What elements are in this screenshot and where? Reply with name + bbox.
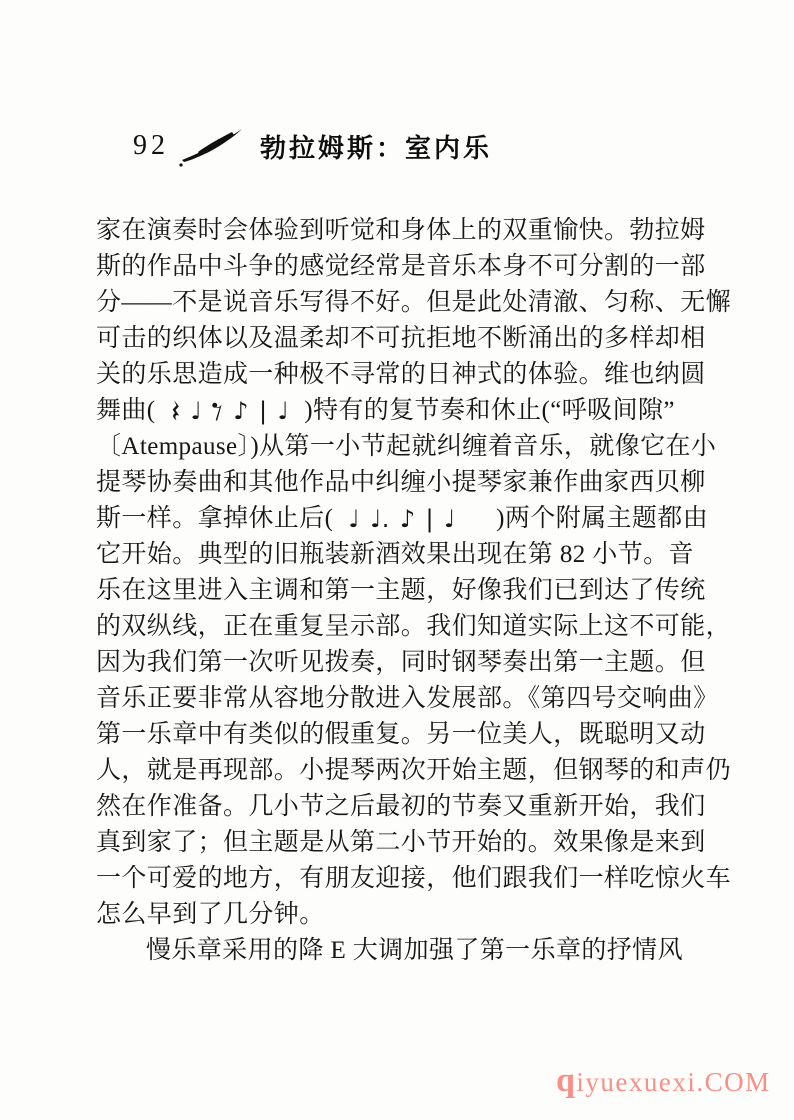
text-line: 人，就是再现部。小提琴两次开始主题，但钢琴的和声仍 — [96, 753, 712, 789]
text-line: 斯一样。拿掉休止后(♩♩.♪|♩ )两个附属主题都由 — [96, 501, 712, 537]
book-title: 勃拉姆斯：室内乐 — [260, 128, 492, 165]
eighth-note-icon: ♪ — [233, 393, 249, 429]
text-line: 斯的作品中斗争的感觉经常是音乐本身不可分割的一部 — [96, 249, 712, 285]
text-line: 音乐正要非常从容地分散进入发展部。《第四号交响曲》 — [96, 681, 712, 717]
text-line: 舞曲(♩♪|♩)特有的复节奏和休止(“呼吸间隙” — [96, 393, 712, 429]
text-line: 然在作准备。几小节之后最初的节奏又重新开始，我们 — [96, 789, 712, 825]
text-line: 可击的织体以及温柔却不可抗拒地不断涌出的多样却相 — [96, 321, 712, 357]
text-line: 乐在这里进入主调和第一主题，好像我们已到达了传统 — [96, 573, 712, 609]
text-line: 慢乐章采用的降 E 大调加强了第一乐章的抒情风 — [96, 933, 712, 969]
dotted-quarter-note-icon: ♩. — [370, 501, 390, 537]
pen-stroke-icon — [176, 122, 248, 173]
book-page: 92 勃拉姆斯：室内乐 家在演奏时会体验到听觉和身体上的双重愉快。勃拉姆斯的作品… — [0, 0, 794, 1120]
quarter-note-icon: ♩ — [348, 501, 360, 537]
watermark-initial: q — [556, 1062, 576, 1099]
eighth-note-icon: ♪ — [400, 501, 416, 537]
text-line: 〔Atempause〕)从第一小节起就纠缠着音乐，就像它在小 — [96, 429, 712, 465]
page-body: 家在演奏时会体验到听觉和身体上的双重愉快。勃拉姆斯的作品中斗争的感觉经常是音乐本… — [96, 213, 712, 969]
text-line: 一个可爱的地方，有朋友迎接，他们跟我们一样吃惊火车 — [96, 861, 712, 897]
quarter-note-icon: ♩ — [444, 501, 456, 537]
quarter-note-icon: ♩ — [191, 393, 203, 429]
text-line: 真到家了；但主题是从第二小节开始的。效果像是来到 — [96, 825, 712, 861]
text-line: 关的乐思造成一种极不寻常的日神式的体验。维也纳圆 — [96, 357, 712, 393]
text-line: 它开始。典型的旧瓶装新酒效果出现在第 82 小节。音 — [96, 537, 712, 573]
quarter-note-icon: ♩ — [277, 393, 289, 429]
page-number: 92 — [133, 130, 169, 162]
text-line: 怎么早到了几分钟。 — [96, 897, 712, 933]
eighth-rest-icon — [212, 393, 223, 429]
text-line: 分——不是说音乐写得不好。但是此处清澈、匀称、无懈 — [96, 285, 712, 321]
text-line: 提琴协奏曲和其他作品中纠缠小提琴家兼作曲家西贝柳 — [96, 465, 712, 501]
text-line: 的双纵线，正在重复呈示部。我们知道实际上这不可能， — [96, 609, 712, 645]
text-line: 家在演奏时会体验到听觉和身体上的双重愉快。勃拉姆 — [96, 213, 712, 249]
text-line: 第一乐章中有类似的假重复。另一位美人，既聪明又动 — [96, 717, 712, 753]
watermark: qiyuexuexi.COM — [556, 1062, 771, 1100]
barline-icon: | — [259, 393, 268, 429]
barline-icon: | — [426, 501, 435, 537]
quarter-rest-icon — [171, 393, 181, 429]
music-notation: ♩♪|♩ — [166, 393, 295, 429]
text-line: 因为我们第一次听见拨奏，同时钢琴奏出第一主题。但 — [96, 645, 712, 681]
page-header: 92 勃拉姆斯：室内乐 — [0, 126, 794, 170]
music-notation: ♩♩.♪|♩ — [343, 501, 460, 537]
watermark-text: iyuexuexi.COM — [576, 1067, 770, 1097]
